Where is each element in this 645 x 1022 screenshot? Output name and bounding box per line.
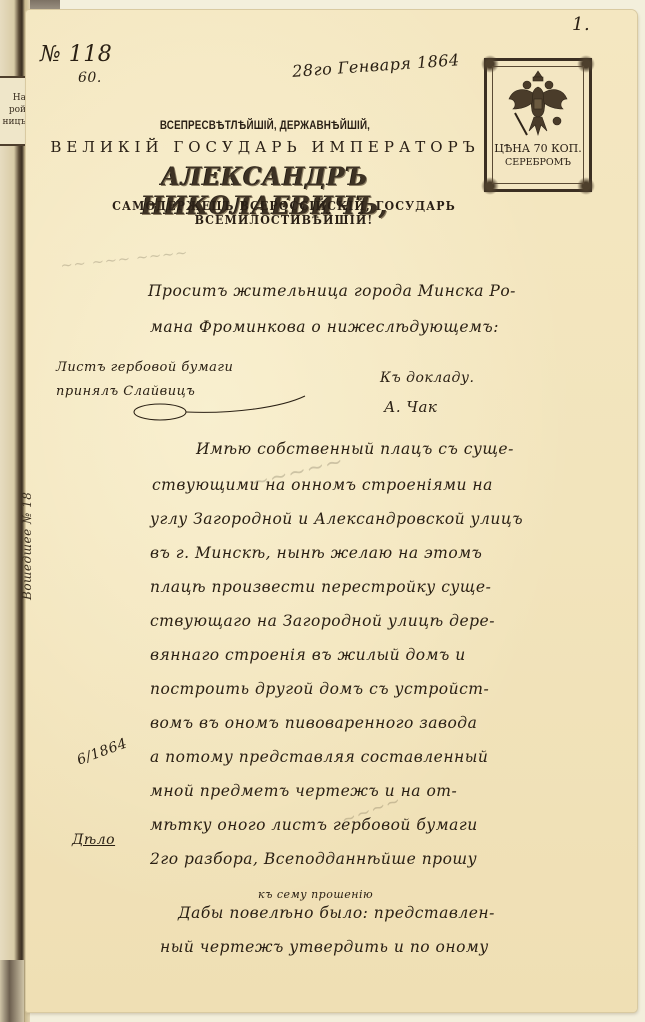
underlying-text-line: На <box>0 92 26 104</box>
resolution-signature: А. Чак <box>384 398 437 416</box>
body-line: а потому представляя составленный <box>150 748 488 766</box>
closing-line: Дабы повелѣно было: представлен- <box>178 904 495 922</box>
heading-line-4: САМОДЕРЖЕЦЪ ВСЕРОССІЙСКІЙ, ГОСУДАРЬ ВСЕМ… <box>63 199 505 227</box>
body-line: плацѣ произвести перестройку суще- <box>150 578 491 596</box>
bottom-margin-note: Дѣло <box>72 832 115 848</box>
closing-line: ный чертежъ утвердить и по оному <box>160 938 489 956</box>
insertion-note: къ сему прошенію <box>258 888 373 901</box>
body-line: построить другой домъ съ устройст- <box>150 680 489 698</box>
vertical-margin-note: Вошедшее № 18 <box>20 492 34 600</box>
body-line: ствующаго на Загородной улицѣ дере- <box>150 612 495 630</box>
body-line: мѣтку оного листъ гербовой бумаги <box>150 816 478 834</box>
underlying-text-line: рой <box>0 104 26 116</box>
page-number: 1. <box>572 14 590 35</box>
stamp-price: ЦѢНА 70 КОП. <box>487 143 589 155</box>
resolution-text: Къ докладу. <box>380 370 474 386</box>
body-line: мной предметъ чертежъ и на от- <box>150 782 457 800</box>
body-line: углу Загородной и Александровской улицъ <box>150 510 523 528</box>
registry-number: № 118 <box>40 42 112 67</box>
body-line: Имѣю собственный плацъ съ суще- <box>196 440 514 458</box>
double-headed-eagle-icon <box>505 69 571 143</box>
underlying-page-fragment: На рой ницъ <box>0 76 26 146</box>
heading-line-1: ВСЕПРЕСВѢТЛѢЙШІЙ, ДЕРЖАВНѢЙШІЙ, <box>81 118 450 132</box>
petition-title-line-2: мана Фроминкова о нижеслѣдующемъ: <box>150 318 499 336</box>
body-line: въ г. Минскѣ, нынѣ желаю на этомъ <box>150 544 482 562</box>
body-line: 2го разбора, Всеподданнѣйше прошу <box>150 850 477 868</box>
stamp-paper-note-line-1: Листъ гербовой бумаги <box>56 360 233 375</box>
body-line: вомъ въ ономъ пивоваренного завода <box>150 714 477 732</box>
body-line: ствующими на онномъ строеніями на <box>152 476 493 494</box>
revenue-stamp: ЦѢНА 70 КОП. СЕРЕБРОМЪ <box>484 58 592 192</box>
heading-line-2: ВЕЛИКІЙ ГОСУДАРЬ ИМПЕРАТОРЪ <box>40 138 490 156</box>
stamp-currency: СЕРЕБРОМЪ <box>487 157 589 169</box>
petition-title-line-1: Проситъ жительница города Минска Ро- <box>148 282 516 300</box>
body-line: вяннаго строенія въ жилый домъ и <box>150 646 466 664</box>
registry-sub-number: 60. <box>78 70 102 86</box>
flourish-oval <box>130 390 310 426</box>
binder-spine-bottom <box>0 960 24 1022</box>
underlying-text-line: ницъ <box>0 116 26 128</box>
